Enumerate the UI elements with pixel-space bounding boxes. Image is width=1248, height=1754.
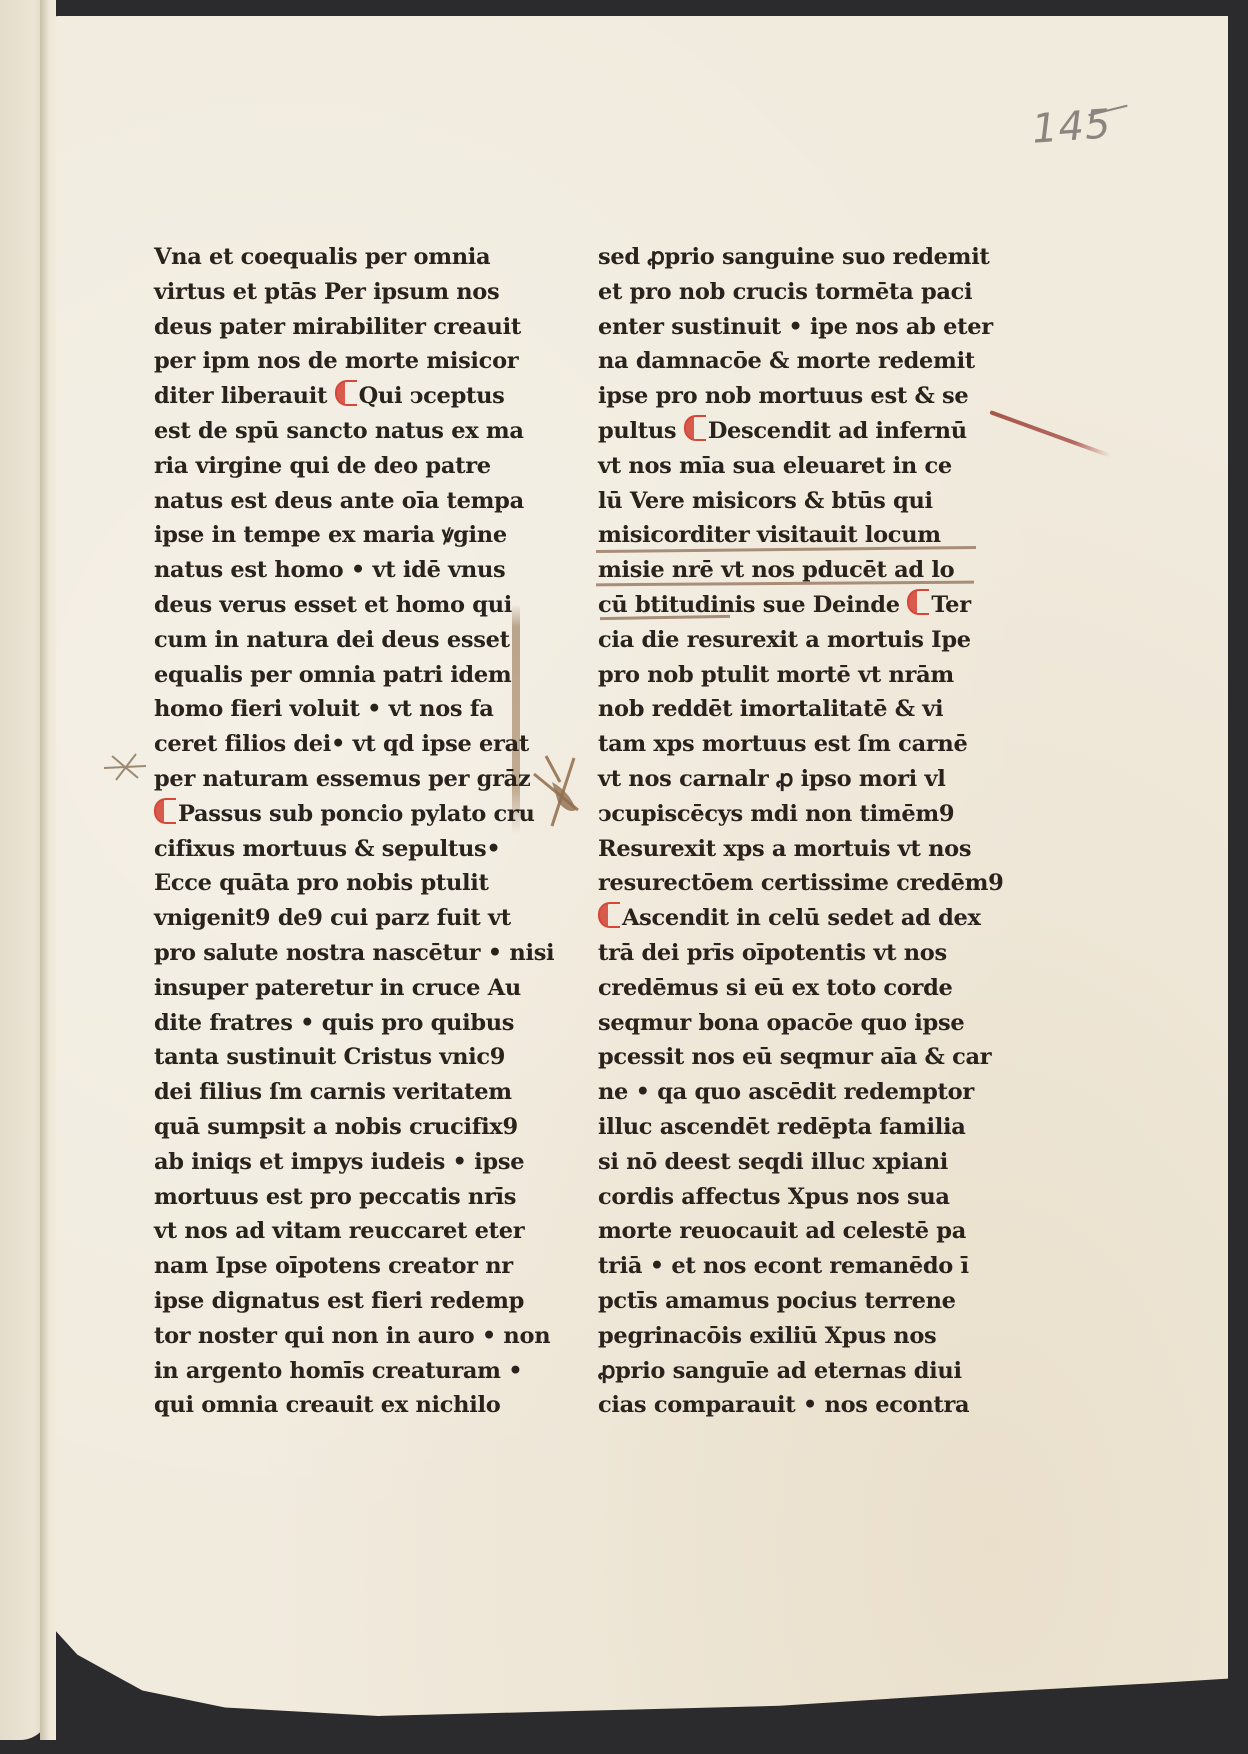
gutter-fold: [40, 0, 56, 1740]
text-line: tam xps mortuus est ſm carnē: [598, 727, 978, 762]
text-line: deus verus esset et homo qui: [154, 588, 514, 623]
rubric-paragraph-mark: [907, 589, 929, 615]
text-line: cifixus mortuus & sepultus•: [154, 832, 514, 867]
text-line: pctīs amamus pocius terrene: [598, 1284, 978, 1319]
text-line: trā dei prīs oīpotentis vt nos: [598, 936, 978, 971]
text-line: ipse dignatus est fieri redemp: [154, 1284, 514, 1319]
rubric-paragraph-mark: [154, 798, 176, 824]
text-line: cordis affectus Xpus nos sua: [598, 1180, 978, 1215]
text-line: per ipm nos de morte misicor: [154, 344, 514, 379]
rubric-paragraph-mark: [598, 902, 620, 928]
text-line: homo fieri voluit • vt nos fa: [154, 692, 514, 727]
text-line: morte reuocauit ad celestē pa: [598, 1214, 978, 1249]
text-line: na damnacōe & morte redemit: [598, 344, 978, 379]
text-line: dite fratres • quis pro quibus: [154, 1006, 514, 1041]
text-line: resurectōem certissime credēm9: [598, 866, 978, 901]
text-line: virtus et ptās Per ipsum nos: [154, 275, 514, 310]
text-line: ab iniqs et impys iudeis • ipse: [154, 1145, 514, 1180]
text-line: Ecce quāta pro nobis ptulit: [154, 866, 514, 901]
text-line: natus est homo • vt idē vnus: [154, 553, 514, 588]
text-line: equalis per omnia patri idem: [154, 658, 514, 693]
text-line: quā sumpsit a nobis crucifix9: [154, 1110, 514, 1145]
text-line: mortuus est pro peccatis nrīs: [154, 1180, 514, 1215]
text-line: deus pater mirabiliter creauit: [154, 310, 514, 345]
text-line: cum in natura dei deus esset: [154, 623, 514, 658]
text-line: diter liberauit Qui ↄceptus: [154, 379, 514, 414]
text-line: et pro nob crucis tormēta paci: [598, 275, 978, 310]
folio-number: 145: [1030, 101, 1112, 152]
text-line: Resurexit xps a mortuis vt nos: [598, 832, 978, 867]
text-line: tanta sustinuit Cristus vnic9: [154, 1040, 514, 1075]
text-line: nam Ipse oīpotens creator nr: [154, 1249, 514, 1284]
text-line: ceret filios dei• vt qd ipse erat: [154, 727, 514, 762]
text-column-right: sed ꝓprio sanguine suo redemit et pro no…: [598, 240, 978, 1423]
text-line: ne • qa quo ascēdit redemptor: [598, 1075, 978, 1110]
text-line: si nō deest seqdi illuc xpiani: [598, 1145, 978, 1180]
text-line: sed ꝓprio sanguine suo redemit: [598, 240, 978, 275]
text-line: per naturam essemus per grāz: [154, 762, 514, 797]
text-line: vt nos carnalr ꝓ ipso mori vl: [598, 762, 978, 797]
text-line: ria virgine qui de deo patre: [154, 449, 514, 484]
text-line: Passus sub poncio pylato cru: [154, 797, 514, 832]
text-line: cias comparauit • nos econtra: [598, 1388, 978, 1423]
text-line: cia die resurexit a mortuis Ipe: [598, 623, 978, 658]
text-line: dei filius ſm carnis veritatem: [154, 1075, 514, 1110]
text-line: seqmur bona opacōe quo ipse: [598, 1006, 978, 1041]
text-line: ipse pro nob mortuus est & se: [598, 379, 978, 414]
text-line: ꝓprio sanguīe ad eternas diui: [598, 1354, 978, 1389]
text-line: est de spū sancto natus ex ma: [154, 414, 514, 449]
rubric-paragraph-mark: [335, 380, 357, 406]
text-line: pro salute nostra nascētur • nisi: [154, 936, 514, 971]
text-line: pcessit nos eū seqmur aīa & car: [598, 1040, 978, 1075]
marginal-cross-mark-right: [530, 752, 582, 830]
text-line: Vna et coequalis per omnia: [154, 240, 514, 275]
text-line: pultus Descendit ad infernū: [598, 414, 978, 449]
text-line: nob reddēt imortalitatē & vi: [598, 692, 978, 727]
text-line: vt nos mīa sua eleuaret in ce: [598, 449, 978, 484]
text-column-left: Vna et coequalis per omnia virtus et ptā…: [154, 240, 514, 1423]
marginal-cross-mark-left: [102, 752, 148, 782]
text-line: in argento homīs creaturam •: [154, 1354, 514, 1389]
text-line: pegrinacōis exiliū Xpus nos: [598, 1319, 978, 1354]
text-line: ipse in tempe ex maria ꝟgine: [154, 518, 514, 553]
text-line: enter sustinuit • ipe nos ab eter: [598, 310, 978, 345]
text-line: triā • et nos econt remanēdo ī: [598, 1249, 978, 1284]
text-line: vnigenit9 de9 cui parz fuit vt: [154, 901, 514, 936]
text-line: credēmus si eū ex toto corde: [598, 971, 978, 1006]
text-line: insuper pateretur in cruce Au: [154, 971, 514, 1006]
text-line: Ascendit in celū sedet ad dex: [598, 901, 978, 936]
text-line: vt nos ad vitam reuccaret eter: [154, 1214, 514, 1249]
text-line: tor noster qui non in auro • non: [154, 1319, 514, 1354]
text-line: ↄcupiscēcys mdi non timēm9: [598, 797, 978, 832]
rubric-paragraph-mark: [684, 415, 706, 441]
text-line: illuc ascendēt redēpta familia: [598, 1110, 978, 1145]
text-line: lū Vere misicors & btūs qui: [598, 484, 978, 519]
text-line: pro nob ptulit mortē vt nrām: [598, 658, 978, 693]
text-line: natus est deus ante oīa tempa: [154, 484, 514, 519]
text-line: qui omnia creauit ex nichilo: [154, 1388, 514, 1423]
